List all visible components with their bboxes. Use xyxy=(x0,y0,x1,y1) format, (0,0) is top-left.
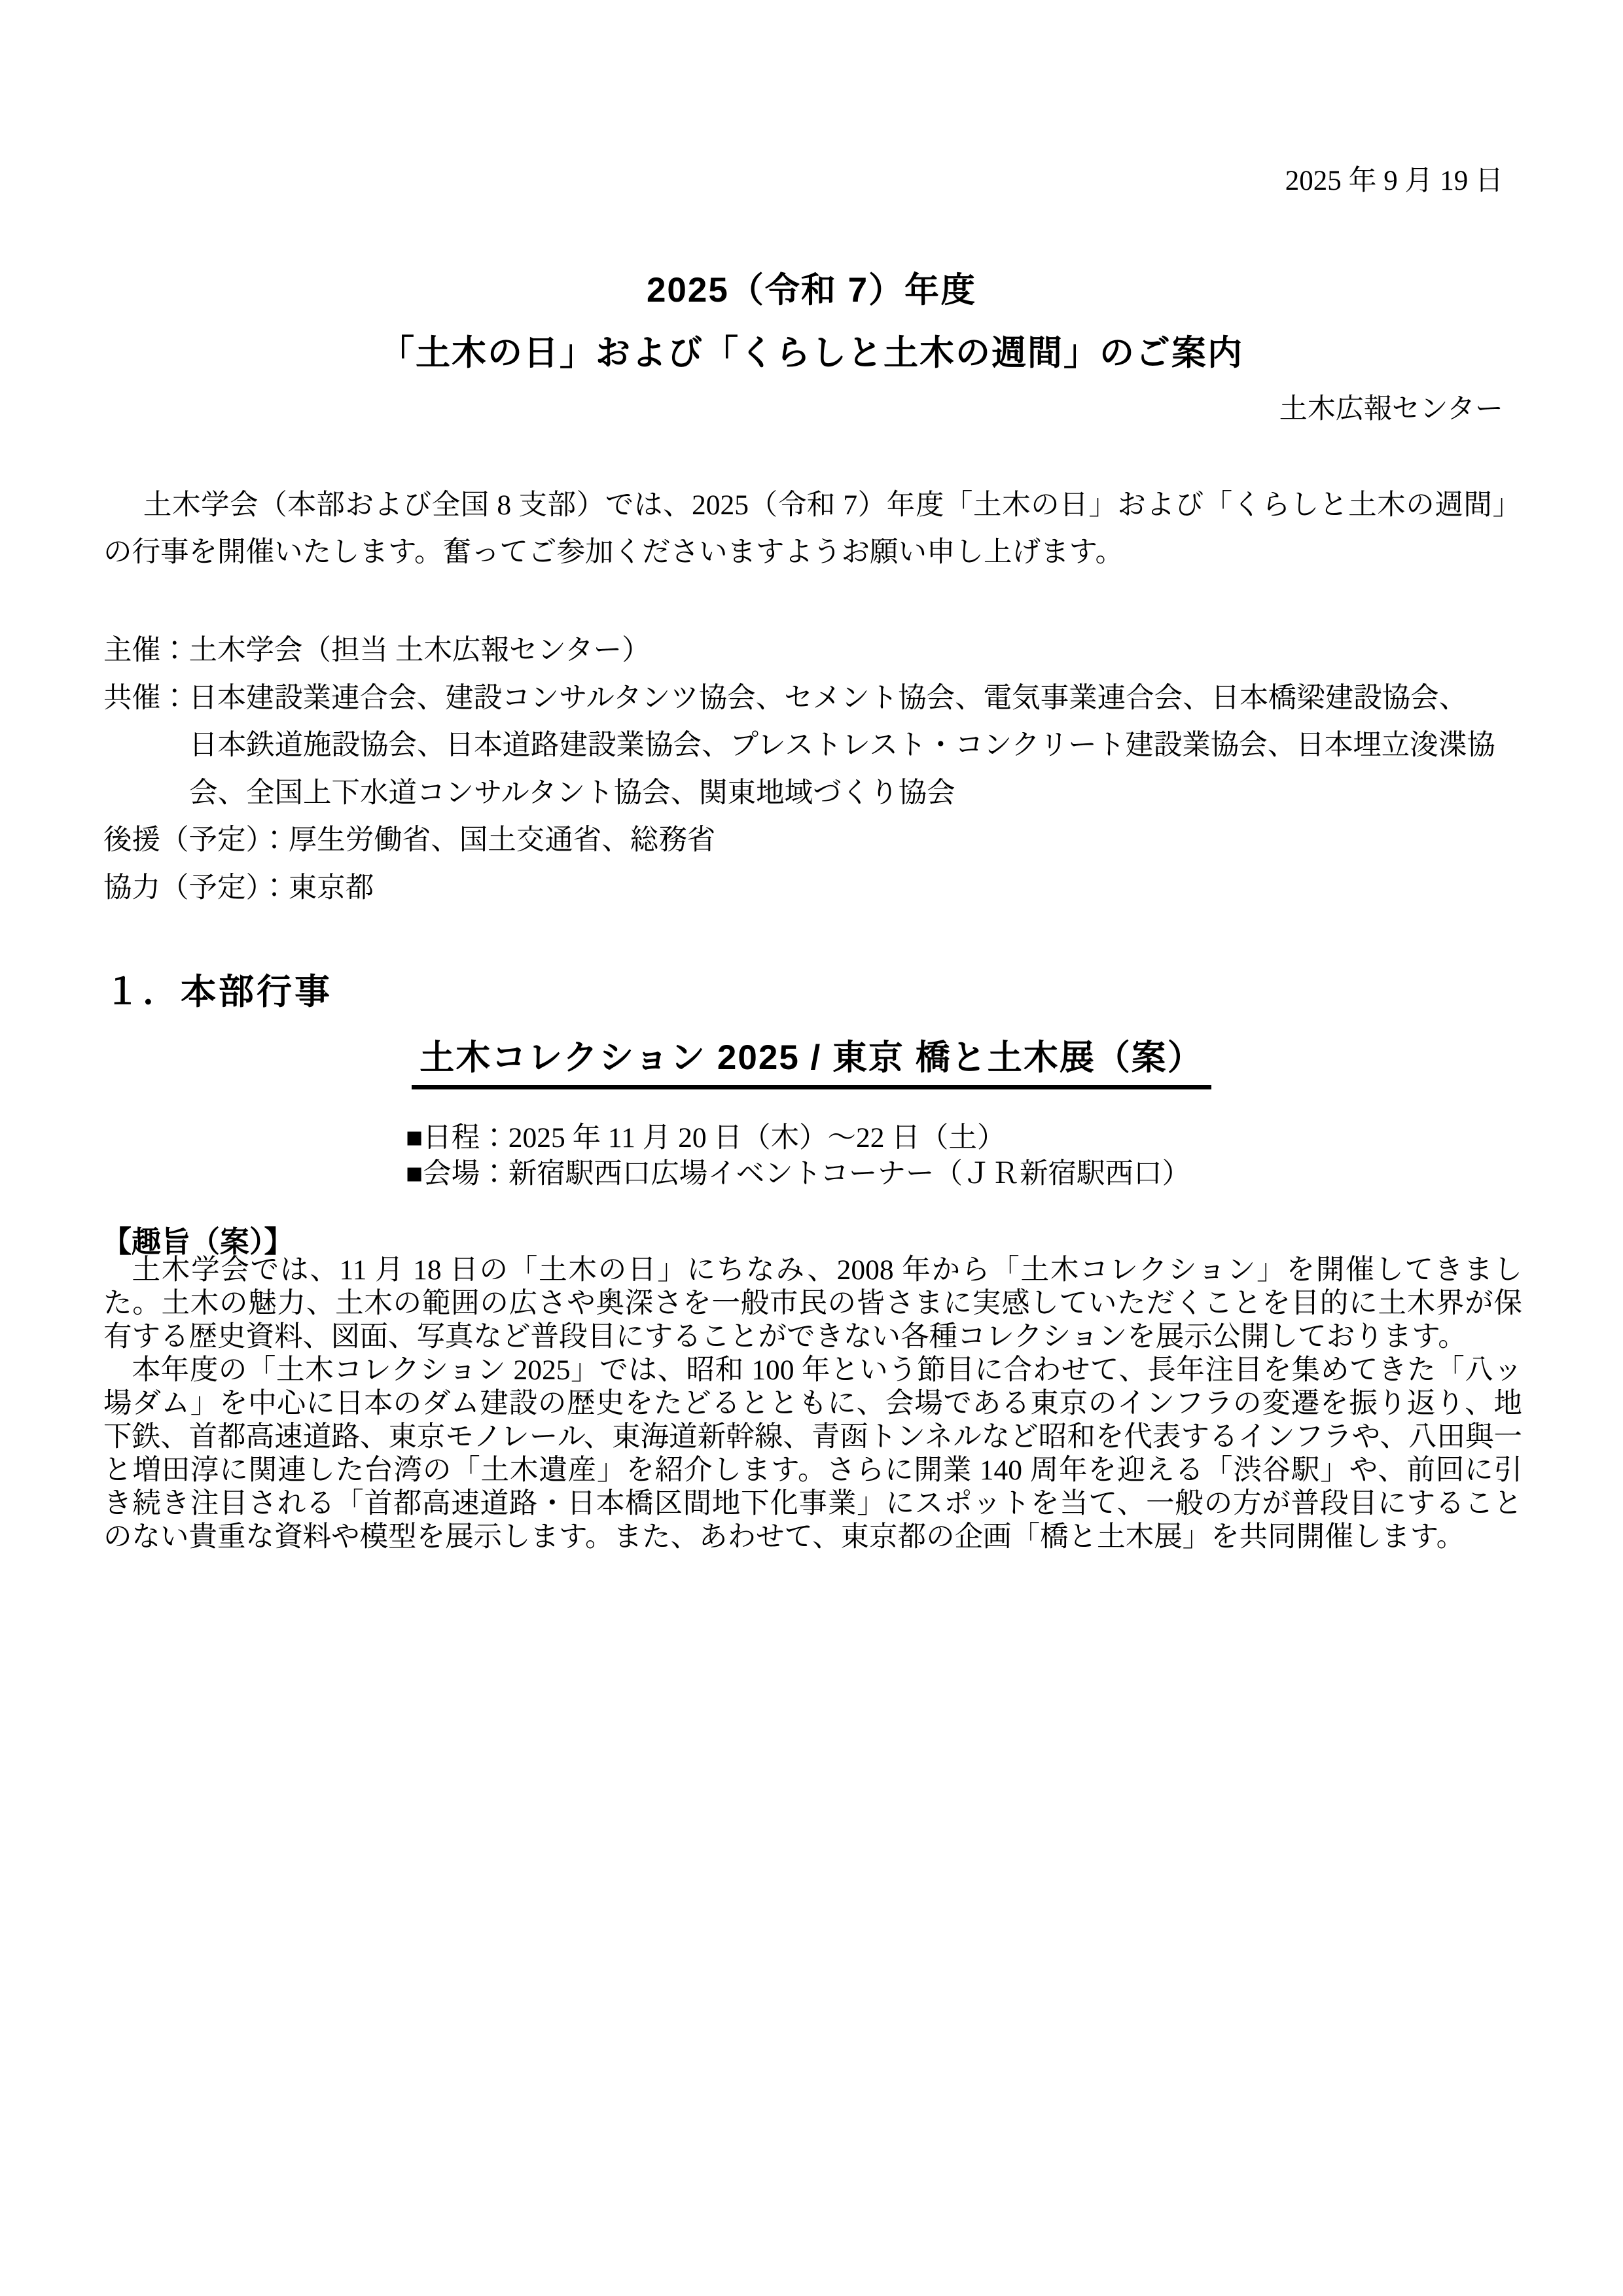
purpose-paragraph-1: 土木学会では、11 月 18 日の「土木の日」にちなみ、2008 年から「土木コ… xyxy=(103,1254,1522,1354)
document-page: 2025 年 9 月 19 日 2025（令和 7）年度 「土木の日」および「く… xyxy=(0,0,1623,2296)
organizers-block: 主催：土木学会（担当 土木広報センター） 共催：日本建設業連合会、建設コンサルタ… xyxy=(103,627,1524,911)
organizer-line-cooperation: 協力（予定）：東京都 xyxy=(103,864,1524,912)
organizer-line-cohost: 共催：日本建設業連合会、建設コンサルタンツ協会、セメント協会、電気事業連合会、日… xyxy=(103,675,1524,722)
organizer-line-support: 後援（予定）：厚生労働省、国土交通省、総務省 xyxy=(103,817,1524,864)
organizer-line-host: 主催：土木学会（担当 土木広報センター） xyxy=(103,627,1524,675)
document-title-line2: 「土木の日」および「くらしと土木の週間」のご案内 xyxy=(0,328,1623,378)
event-title-container: 土木コレクション 2025 / 東京 橋と土木展（案） xyxy=(0,1038,1623,1089)
document-title-line1: 2025（令和 7）年度 xyxy=(0,268,1623,313)
organizer-line-cohost-cont2: 会、全国上下水道コンサルタント協会、関東地域づくり協会 xyxy=(103,769,1524,817)
event-meta-block: ■日程：2025 年 11 月 20 日（木）～22 日（土） ■会場：新宿駅西… xyxy=(406,1120,1190,1192)
author-line: 土木広報センター xyxy=(1279,391,1503,428)
event-venue-line: ■会場：新宿駅西口広場イベントコーナー（ＪＲ新宿駅西口） xyxy=(406,1156,1190,1192)
purpose-paragraph-2: 本年度の「土木コレクション 2025」では、昭和 100 年という節目に合わせて… xyxy=(103,1354,1522,1554)
intro-paragraph: 土木学会（本部および全国 8 支部）では、2025（令和 7）年度「土木の日」お… xyxy=(103,482,1521,576)
organizer-line-cohost-cont1: 日本鉄道施設協会、日本道路建設業協会、プレストレスト・コンクリート建設業協会、日… xyxy=(103,722,1524,769)
document-date: 2025 年 9 月 19 日 xyxy=(1285,165,1503,198)
purpose-body: 土木学会では、11 月 18 日の「土木の日」にちなみ、2008 年から「土木コ… xyxy=(103,1254,1522,1554)
event-schedule-line: ■日程：2025 年 11 月 20 日（木）～22 日（土） xyxy=(406,1120,1190,1156)
section1-heading: １．本部行事 xyxy=(105,970,332,1014)
event-title-underlined: 土木コレクション 2025 / 東京 橋と土木展（案） xyxy=(412,1038,1211,1089)
